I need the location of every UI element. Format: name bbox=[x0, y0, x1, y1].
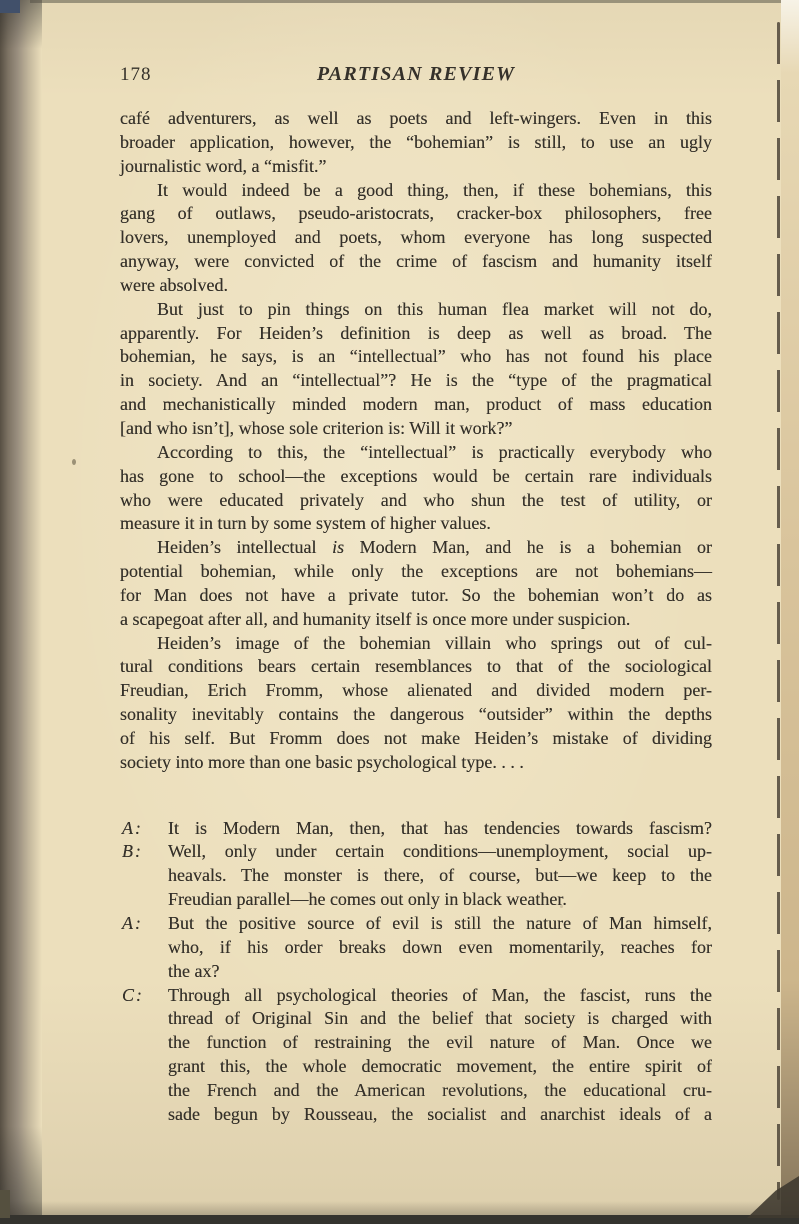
text-line: a scapegoat after all, and humanity itse… bbox=[120, 608, 712, 632]
scan-bottom-edge bbox=[0, 1215, 799, 1224]
scanned-book-page: 178 PARTISAN REVIEW café adventurers, as… bbox=[0, 0, 799, 1224]
dialogue-text: But the positive source of evil is still… bbox=[168, 912, 712, 984]
paragraph: café adventurers, as well as poets and l… bbox=[120, 107, 712, 179]
speaker-label: C: bbox=[122, 984, 144, 1008]
paragraph: Heiden’s image of the bohemian villain w… bbox=[120, 632, 712, 775]
text-line: who were educated privately and who shun… bbox=[120, 489, 712, 513]
text-line: Freudian parallel—he comes out only in b… bbox=[168, 888, 712, 912]
speaker-label: B: bbox=[122, 840, 143, 864]
text-line: of his self. But Fromm does not make Hei… bbox=[120, 727, 712, 751]
text-line: Heiden’s intellectual is Modern Man, and… bbox=[120, 536, 712, 560]
text-line: the French and the American revolutions,… bbox=[168, 1079, 712, 1103]
text-line: Well, only under certain conditions—unem… bbox=[168, 840, 712, 864]
text-line: the ax? bbox=[168, 960, 712, 984]
text-line: Heiden’s image of the bohemian villain w… bbox=[120, 632, 712, 656]
text-line: who, if his order breaks down even momen… bbox=[168, 936, 712, 960]
text-line: But the positive source of evil is still… bbox=[168, 912, 712, 936]
text-line: [and who isn’t], whose sole criterion is… bbox=[120, 417, 712, 441]
dialogue-entry: B:Well, only under certain conditions—un… bbox=[120, 840, 712, 912]
dialogue-entry: A:It is Modern Man, then, that has tende… bbox=[120, 817, 712, 841]
page-body: café adventurers, as well as poets and l… bbox=[120, 107, 712, 1127]
text-line: It is Modern Man, then, that has tendenc… bbox=[168, 817, 712, 841]
scan-bottom-shadow bbox=[0, 1201, 799, 1215]
text-line: According to this, the “intellectual” is… bbox=[120, 441, 712, 465]
text-line: It would indeed be a good thing, then, i… bbox=[120, 179, 712, 203]
text-line: sade begun by Rousseau, the socialist an… bbox=[168, 1103, 712, 1127]
paper-speck bbox=[72, 459, 76, 465]
paragraph-block: café adventurers, as well as poets and l… bbox=[120, 107, 712, 775]
speaker-label: A: bbox=[122, 817, 143, 841]
dialogue-text: Well, only under certain conditions—unem… bbox=[168, 840, 712, 912]
dialogue-block: A:It is Modern Man, then, that has tende… bbox=[120, 817, 712, 1127]
text-line: grant this, the whole democratic movemen… bbox=[168, 1055, 712, 1079]
scan-top-edge bbox=[30, 0, 787, 3]
text-line: thread of Original Sin and the belief th… bbox=[168, 1007, 712, 1031]
dialogue-text: Through all psychological theories of Ma… bbox=[168, 984, 712, 1127]
dialogue-entry: A:But the positive source of evil is sti… bbox=[120, 912, 712, 984]
text-line: in society. And an “intellectual”? He is… bbox=[120, 369, 712, 393]
text-line: heavals. The monster is there, of course… bbox=[168, 864, 712, 888]
dialogue-text: It is Modern Man, then, that has tendenc… bbox=[168, 817, 712, 841]
text-line: café adventurers, as well as poets and l… bbox=[120, 107, 712, 131]
text-line: measure it in turn by some system of hig… bbox=[120, 512, 712, 536]
dialogue-entry: C:Through all psychological theories of … bbox=[120, 984, 712, 1127]
scan-corner-artifact bbox=[0, 0, 20, 13]
paragraph: Heiden’s intellectual is Modern Man, and… bbox=[120, 536, 712, 631]
text-line: the function of restraining the evil nat… bbox=[168, 1031, 712, 1055]
paragraph: But just to pin things on this human fle… bbox=[120, 298, 712, 441]
paragraph: It would indeed be a good thing, then, i… bbox=[120, 179, 712, 298]
text-line: bohemian, he says, is an “intellectual” … bbox=[120, 345, 712, 369]
text-line: apparently. For Heiden’s definition is d… bbox=[120, 322, 712, 346]
page-edge-shading bbox=[781, 0, 799, 1224]
running-head: 178 PARTISAN REVIEW bbox=[120, 64, 712, 88]
journal-title: PARTISAN REVIEW bbox=[120, 63, 712, 86]
text-line: lovers, unemployed and poets, whom every… bbox=[120, 226, 712, 250]
page-curl-shadow bbox=[747, 1176, 799, 1218]
text-line: tural conditions bears certain resemblan… bbox=[120, 655, 712, 679]
text-line: journalistic word, a “misfit.” bbox=[120, 155, 712, 179]
text-line: anyway, were convicted of the crime of f… bbox=[120, 250, 712, 274]
text-line: Through all psychological theories of Ma… bbox=[168, 984, 712, 1008]
paragraph: According to this, the “intellectual” is… bbox=[120, 441, 712, 536]
book-gutter-shadow bbox=[0, 0, 42, 1224]
scan-bottom-left-artifact bbox=[0, 1190, 10, 1218]
page-edge-line bbox=[777, 22, 780, 1200]
text-line: has gone to school—the exceptions would … bbox=[120, 465, 712, 489]
text-line: Freudian, Erich Fromm, whose alienated a… bbox=[120, 679, 712, 703]
text-line: But just to pin things on this human fle… bbox=[120, 298, 712, 322]
speaker-label: A: bbox=[122, 912, 143, 936]
text-line: sonality inevitably contains the dangero… bbox=[120, 703, 712, 727]
text-line: were absolved. bbox=[120, 274, 712, 298]
text-line: society into more than one basic psychol… bbox=[120, 751, 712, 775]
text-line: gang of outlaws, pseudo-aristocrats, cra… bbox=[120, 202, 712, 226]
text-line: broader application, however, the “bohem… bbox=[120, 131, 712, 155]
text-line: potential bohemian, while only the excep… bbox=[120, 560, 712, 584]
text-line: and mechanistically minded modern man, p… bbox=[120, 393, 712, 417]
text-line: for Man does not have a private tutor. S… bbox=[120, 584, 712, 608]
